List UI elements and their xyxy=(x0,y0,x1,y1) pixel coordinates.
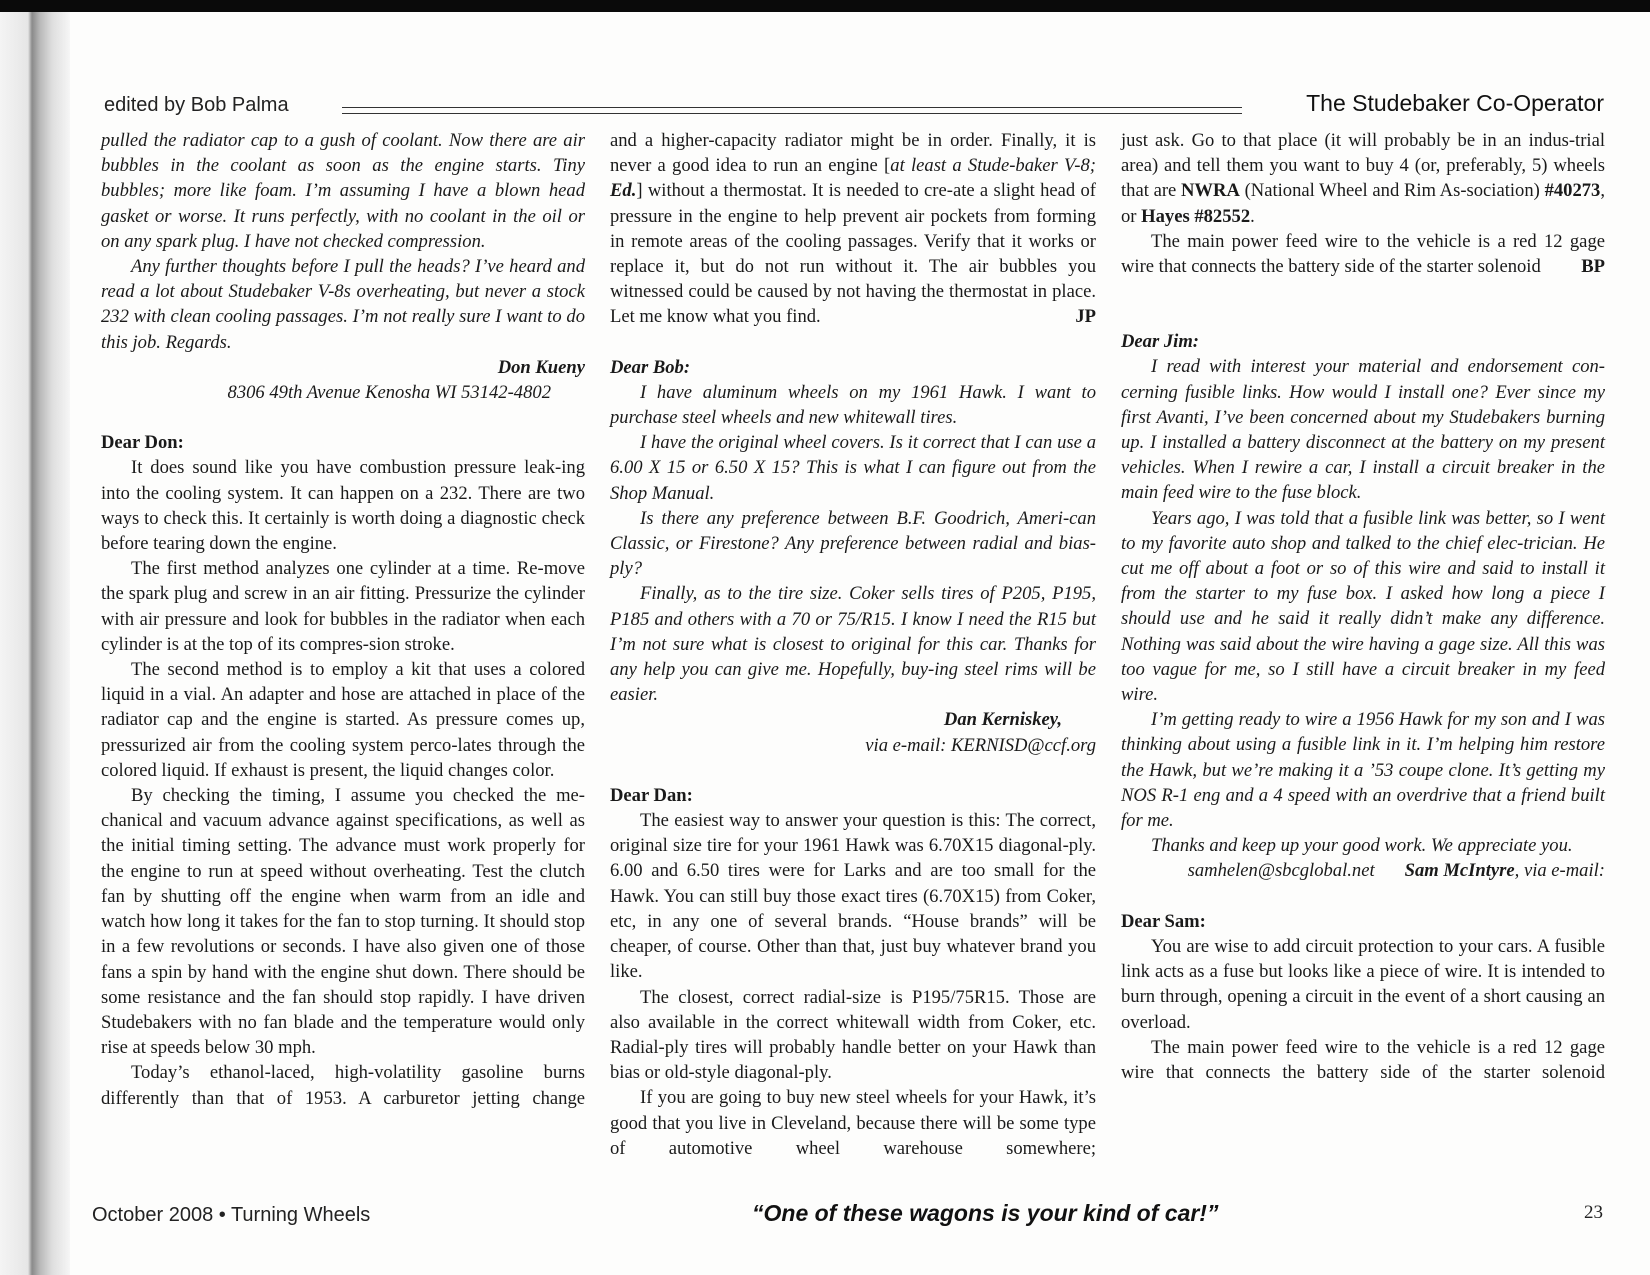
letter-paragraph: I’m getting ready to wire a 1956 Hawk fo… xyxy=(1121,707,1605,833)
reply-paragraph: It does sound like you have combustion p… xyxy=(101,455,585,556)
column-2: and a higher-capacity radiator might be … xyxy=(610,128,1096,1161)
spacer xyxy=(610,758,1096,783)
nwra-label: NWRA xyxy=(1181,180,1240,201)
reply-dan-continued: just ask. Go to that place (it will prob… xyxy=(1121,128,1605,229)
signature-name: Don Kueny xyxy=(101,355,585,380)
letter-paragraph: I read with interest your material and e… xyxy=(1121,354,1605,505)
reply-paragraph: The main power feed wire to the vehicle … xyxy=(1121,1035,1605,1085)
header-editor-credit: edited by Bob Palma xyxy=(104,94,289,117)
letter-paragraph: I have aluminum wheels on my 1961 Hawk. … xyxy=(610,380,1096,430)
letter-salutation: Dear Jim: xyxy=(1121,329,1605,354)
nwra-part-number: #40273 xyxy=(1545,180,1601,201)
reply-paragraph: The easiest way to answer your question … xyxy=(610,808,1096,984)
reply-initials: BP xyxy=(1551,254,1605,279)
spacer xyxy=(1121,279,1605,329)
letter-paragraph: Thanks and keep up your good work. We ap… xyxy=(1121,833,1605,858)
footer-issue-date: October 2008 • Turning Wheels xyxy=(92,1204,370,1227)
reply-paragraph: The first method analyzes one cylinder a… xyxy=(101,556,585,657)
hayes-part-number: Hayes #82552 xyxy=(1141,206,1250,227)
reply-paragraph: The second method is to employ a kit tha… xyxy=(101,657,585,783)
signature-via: , via e-mail: xyxy=(1515,860,1605,881)
reply-paragraph: Today’s ethanol-laced, high-volatility g… xyxy=(101,1060,585,1110)
letter-paragraph: Is there any preference between B.F. Goo… xyxy=(610,506,1096,582)
header-column-title: The Studebaker Co-Operator xyxy=(1306,90,1604,117)
letter-salutation: Dear Bob: xyxy=(610,355,1096,380)
footer-tagline: “One of these wagons is your kind of car… xyxy=(752,1200,1218,1227)
letter-paragraph: Finally, as to the tire size. Coker sell… xyxy=(610,581,1096,707)
letter-don-paragraph-2: Any further thoughts before I pull the h… xyxy=(101,254,585,355)
spacer xyxy=(610,330,1096,355)
spacer xyxy=(1121,884,1605,909)
spacer xyxy=(101,405,585,430)
column-3: just ask. Go to that place (it will prob… xyxy=(1121,128,1605,1085)
signature-email: via e-mail: KERNISD@ccf.org xyxy=(610,733,1096,758)
letter-don-continued: pulled the radiator cap to a gush of coo… xyxy=(101,128,585,254)
signature-address: 8306 49th Avenue Kenosha WI 53142-4802 xyxy=(101,380,585,405)
page-number: 23 xyxy=(1584,1202,1603,1224)
reply-salutation: Dear Sam: xyxy=(1121,909,1605,934)
reply-paragraph: If you are going to buy new steel wheels… xyxy=(610,1085,1096,1161)
reply-paragraph: The closest, correct radial-size is P195… xyxy=(610,985,1096,1086)
editor-note: at least a Stude-baker V-8; xyxy=(890,155,1096,176)
page-spine-shadow xyxy=(0,12,70,1275)
reply-paragraph: The main power feed wire to the vehicle … xyxy=(1121,229,1605,279)
reply-paragraph: You are wise to add circuit protection t… xyxy=(1121,934,1605,1035)
letter-paragraph: Years ago, I was told that a fusible lin… xyxy=(1121,506,1605,708)
column-1: pulled the radiator cap to a gush of coo… xyxy=(101,128,585,1111)
reply-salutation: Dear Dan: xyxy=(610,783,1096,808)
reply-salutation: Dear Don: xyxy=(101,430,585,455)
header-double-rule xyxy=(342,107,1242,114)
reply-don-continued: and a higher-capacity radiator might be … xyxy=(610,128,1096,330)
signature-name: Dan Kerniskey, xyxy=(610,707,1096,732)
reply-initials: JP xyxy=(1075,304,1096,329)
editor-tag: Ed. xyxy=(610,180,636,201)
scan-top-edge xyxy=(0,0,1650,12)
letter-paragraph: I have the original wheel covers. Is it … xyxy=(610,430,1096,506)
signature-name: Sam McIntyre xyxy=(1405,860,1515,881)
page-header: edited by Bob Palma The Studebaker Co-Op… xyxy=(104,94,1604,124)
reply-paragraph: By checking the timing, I assume you che… xyxy=(101,783,585,1060)
